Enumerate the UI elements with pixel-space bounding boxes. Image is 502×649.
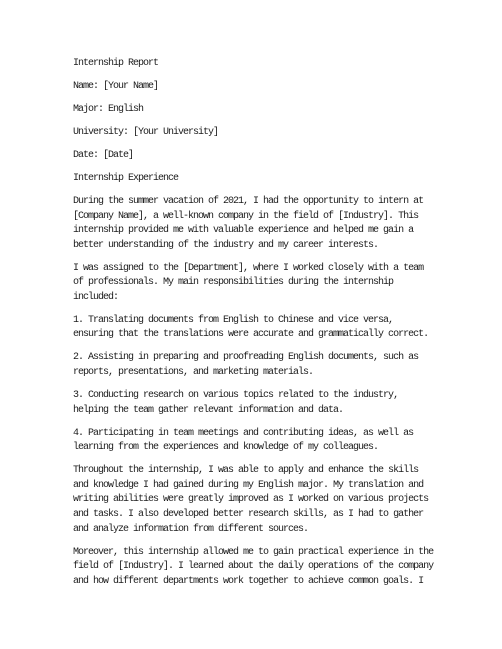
list-item-3: 3. Conducting research on various topics… <box>73 389 435 418</box>
list-item-1: 1. Translating documents from English to… <box>73 314 435 343</box>
paragraph-skills: Throughout the internship, I was able to… <box>73 464 435 537</box>
section-heading: Internship Experience <box>73 172 435 187</box>
meta-date: Date: [Date] <box>73 149 435 164</box>
list-item-2: 2. Assisting in preparing and proofreadi… <box>73 351 435 380</box>
paragraph-experience: Moreover, this internship allowed me to … <box>73 546 435 590</box>
meta-major: Major: English <box>73 103 435 118</box>
document-page: Internship Report Name: [Your Name] Majo… <box>0 0 502 649</box>
doc-title: Internship Report <box>73 57 435 72</box>
paragraph-intro: During the summer vacation of 2021, I ha… <box>73 195 435 253</box>
meta-university: University: [Your University] <box>73 126 435 141</box>
paragraph-assignment: I was assigned to the [Department], wher… <box>73 262 435 306</box>
list-item-4: 4. Participating in team meetings and co… <box>73 427 435 456</box>
meta-name: Name: [Your Name] <box>73 80 435 95</box>
